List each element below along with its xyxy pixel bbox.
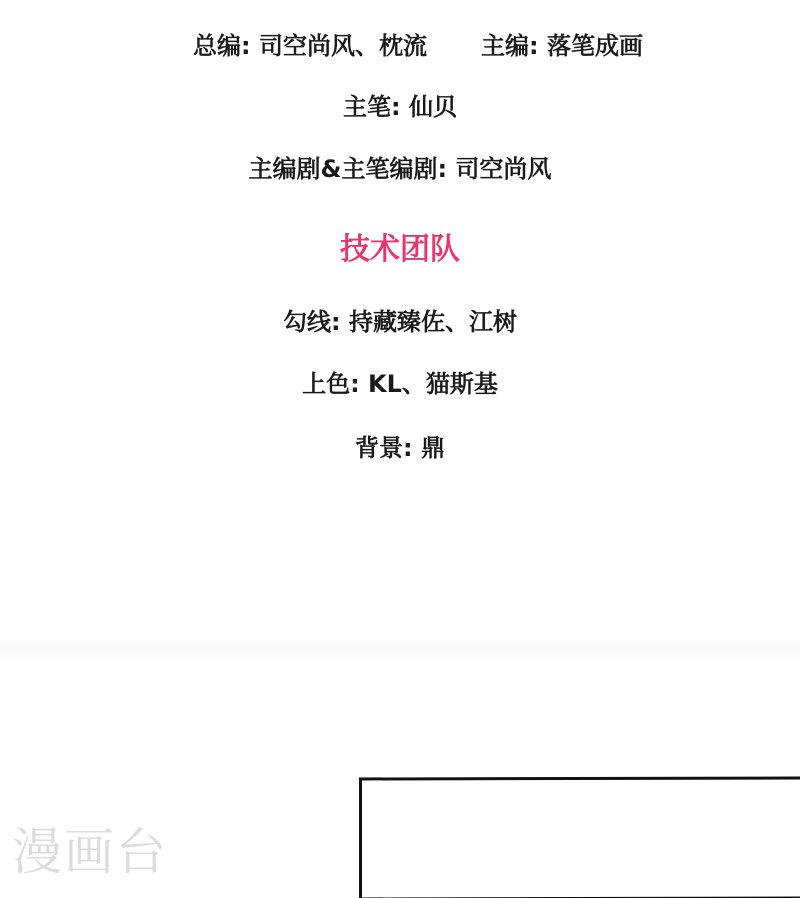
writer-credit: 主编剧&主笔编剧: 司空尚风	[0, 154, 800, 184]
line-art-credit: 勾线: 持藏臻佐、江树	[0, 307, 800, 337]
background-credit: 背景: 鼎	[0, 433, 800, 463]
watermark-logo: 漫画台	[12, 822, 168, 882]
comic-panel-frame	[359, 777, 800, 898]
lead-artist-credit: 主笔: 仙贝	[0, 92, 800, 122]
credits-row-editors: 总编: 司空尚风、枕流 主编: 落笔成画	[0, 31, 800, 63]
tech-team-heading: 技术团队	[0, 232, 800, 268]
chief-editor-credit: 总编: 司空尚风、枕流	[193, 31, 427, 61]
editor-credit: 主编: 落笔成画	[481, 31, 643, 61]
coloring-credit: 上色: KL、猫斯基	[0, 369, 800, 399]
faint-divider	[0, 638, 800, 664]
